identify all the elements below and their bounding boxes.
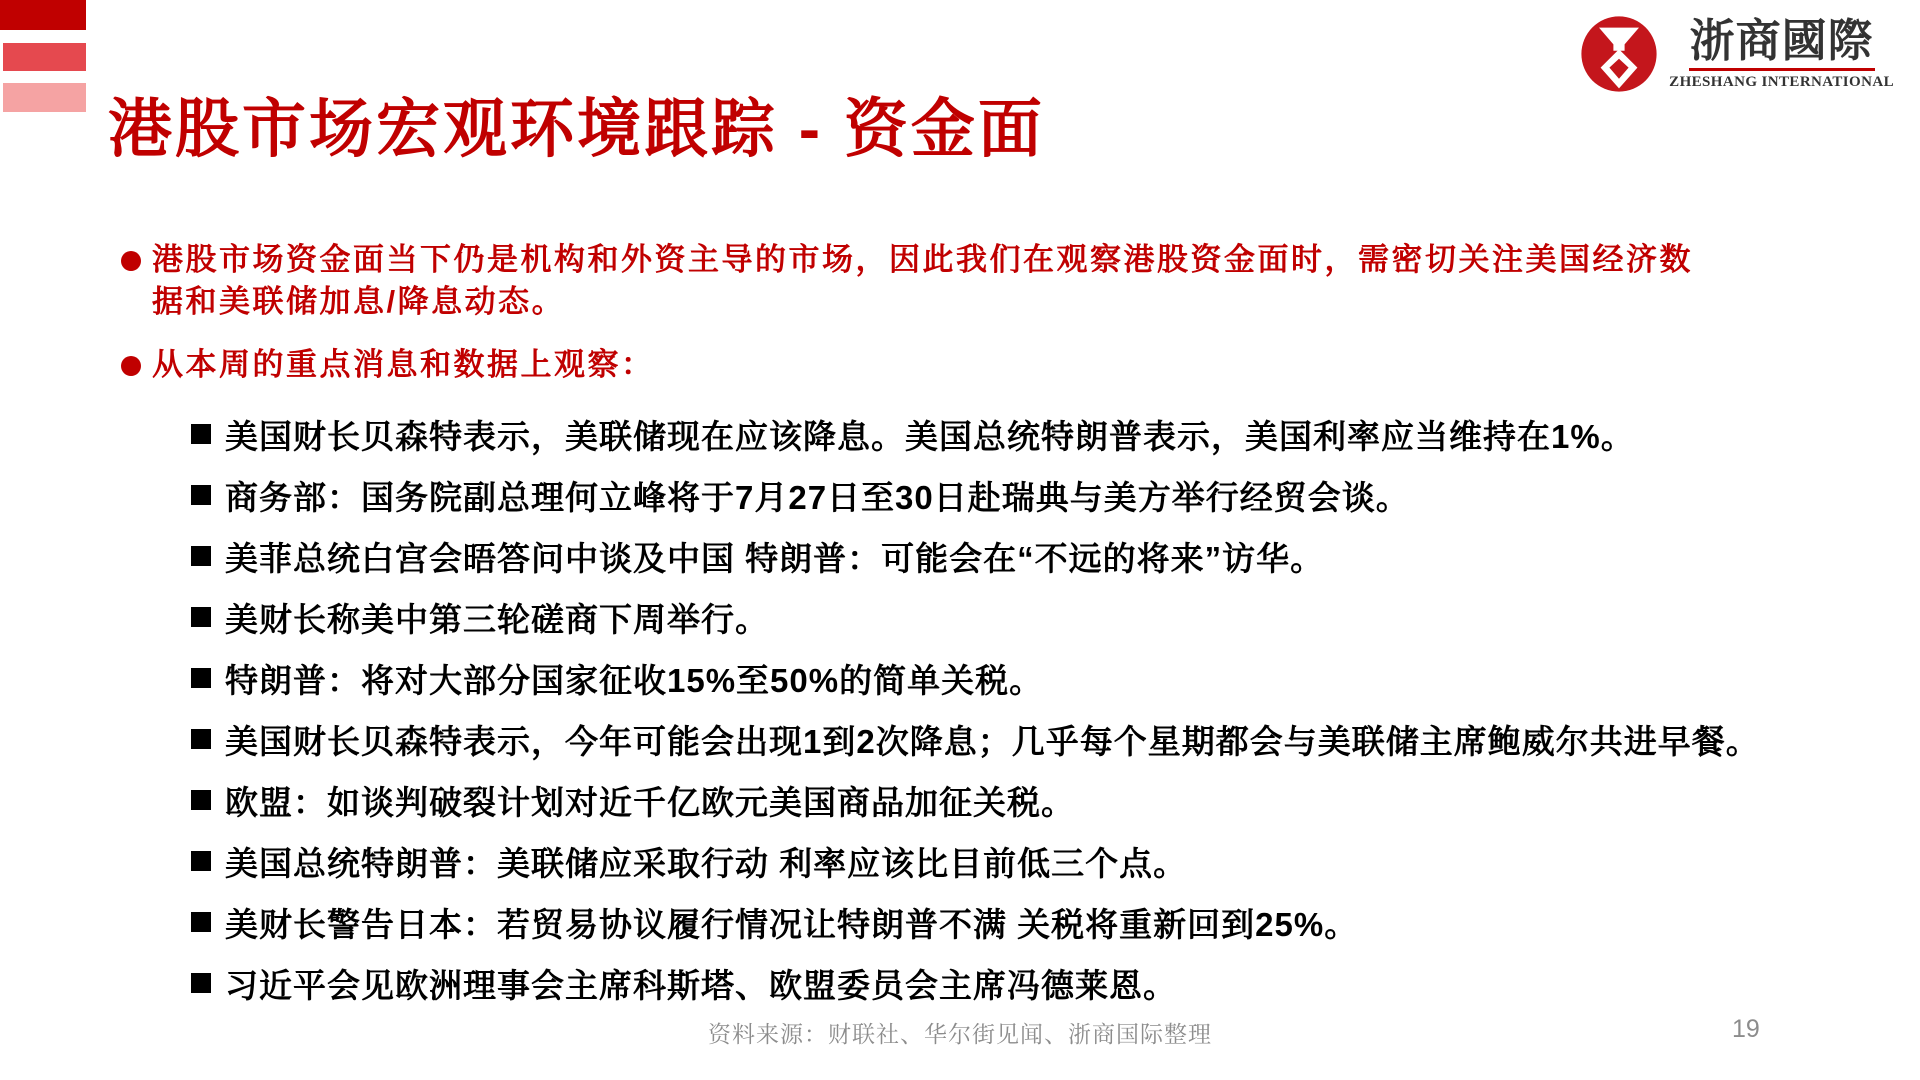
deco-bar-light <box>3 83 86 112</box>
bullet1-line2: 据和美联储加息/降息动态。 <box>152 281 1693 323</box>
list-item: 习近平会见欧洲理事会主席科斯塔、欧盟委员会主席冯德莱恩。 <box>191 961 1177 1005</box>
page-title: 港股市场宏观环境跟踪 - 资金面 <box>108 92 1045 166</box>
bullet-square-icon <box>191 851 211 871</box>
list-item: 美国总统特朗普：美联储应采取行动 利率应该比目前低三个点。 <box>191 839 1187 883</box>
page-number: 19 <box>1732 1015 1760 1044</box>
list-item: 商务部：国务院副总理何立峰将于7月27日至30日赴瑞典与美方举行经贸会谈。 <box>191 473 1410 517</box>
bullet-square-icon <box>191 973 211 993</box>
list-item-text: 特朗普：将对大部分国家征收15%至50%的简单关税。 <box>225 655 1043 702</box>
bullet-square-icon <box>191 485 211 505</box>
bullet-square-icon <box>191 424 211 444</box>
list-item: 美财长警告日本：若贸易协议履行情况让特朗普不满 关税将重新回到25%。 <box>191 900 1358 944</box>
bullet-square-icon <box>191 546 211 566</box>
logo-name-cn: 浙商國際 <box>1690 17 1874 65</box>
bullet-square-icon <box>191 790 211 810</box>
bullet-dot-icon <box>121 251 141 271</box>
bullet-paragraph-capital: 港股市场资金面当下仍是机构和外资主导的市场，因此我们在观察港股资金面时，需密切关… <box>152 239 1693 323</box>
list-item-text: 美财长警告日本：若贸易协议履行情况让特朗普不满 关税将重新回到25%。 <box>225 899 1358 946</box>
list-item: 美财长称美中第三轮磋商下周举行。 <box>191 595 769 639</box>
bullet-square-icon <box>191 607 211 627</box>
slide: 浙商國際 ZHESHANG INTERNATIONAL 港股市场宏观环境跟踪 -… <box>0 0 1920 1080</box>
logo-divider <box>1689 68 1875 71</box>
list-item: 美菲总统白宫会晤答问中谈及中国 特朗普：可能会在“不远的将来”访华。 <box>191 534 1324 578</box>
deco-bar-medium <box>3 43 86 71</box>
logo-name-en: ZHESHANG INTERNATIONAL <box>1669 74 1894 91</box>
list-item-text: 欧盟：如谈判破裂计划对近千亿欧元美国商品加征关税。 <box>225 777 1075 824</box>
bullet1-line1: 港股市场资金面当下仍是机构和外资主导的市场，因此我们在观察港股资金面时，需密切关… <box>152 239 1693 281</box>
bullet-square-icon <box>191 668 211 688</box>
deco-bar-dark <box>0 0 86 30</box>
bullet-square-icon <box>191 729 211 749</box>
list-item: 特朗普：将对大部分国家征收15%至50%的简单关税。 <box>191 656 1043 700</box>
bullet-paragraph-observe: 从本周的重点消息和数据上观察： <box>152 344 655 386</box>
logo-text: 浙商國際 ZHESHANG INTERNATIONAL <box>1669 17 1894 91</box>
list-item-text: 商务部：国务院副总理何立峰将于7月27日至30日赴瑞典与美方举行经贸会谈。 <box>225 472 1410 519</box>
bullet-square-icon <box>191 912 211 932</box>
bullet-dot-icon <box>121 356 141 376</box>
list-item-text: 美国财长贝森特表示，美联储现在应该降息。美国总统特朗普表示，美国利率应当维持在1… <box>225 411 1635 458</box>
list-item-text: 习近平会见欧洲理事会主席科斯塔、欧盟委员会主席冯德莱恩。 <box>225 960 1177 1007</box>
list-item-text: 美财长称美中第三轮磋商下周举行。 <box>225 594 769 641</box>
logo-emblem-icon <box>1579 14 1659 94</box>
list-item: 美国财长贝森特表示，今年可能会出现1到2次降息；几乎每个星期都会与美联储主席鲍威… <box>191 717 1760 761</box>
list-item: 美国财长贝森特表示，美联储现在应该降息。美国总统特朗普表示，美国利率应当维持在1… <box>191 412 1635 456</box>
list-item: 欧盟：如谈判破裂计划对近千亿欧元美国商品加征关税。 <box>191 778 1075 822</box>
list-item-text: 美国总统特朗普：美联储应采取行动 利率应该比目前低三个点。 <box>225 838 1187 885</box>
list-item-text: 美国财长贝森特表示，今年可能会出现1到2次降息；几乎每个星期都会与美联储主席鲍威… <box>225 716 1760 763</box>
source-note: 资料来源：财联社、华尔街见闻、浙商国际整理 <box>0 1016 1920 1049</box>
company-logo: 浙商國際 ZHESHANG INTERNATIONAL <box>1579 14 1894 94</box>
list-item-text: 美菲总统白宫会晤答问中谈及中国 特朗普：可能会在“不远的将来”访华。 <box>225 533 1324 580</box>
